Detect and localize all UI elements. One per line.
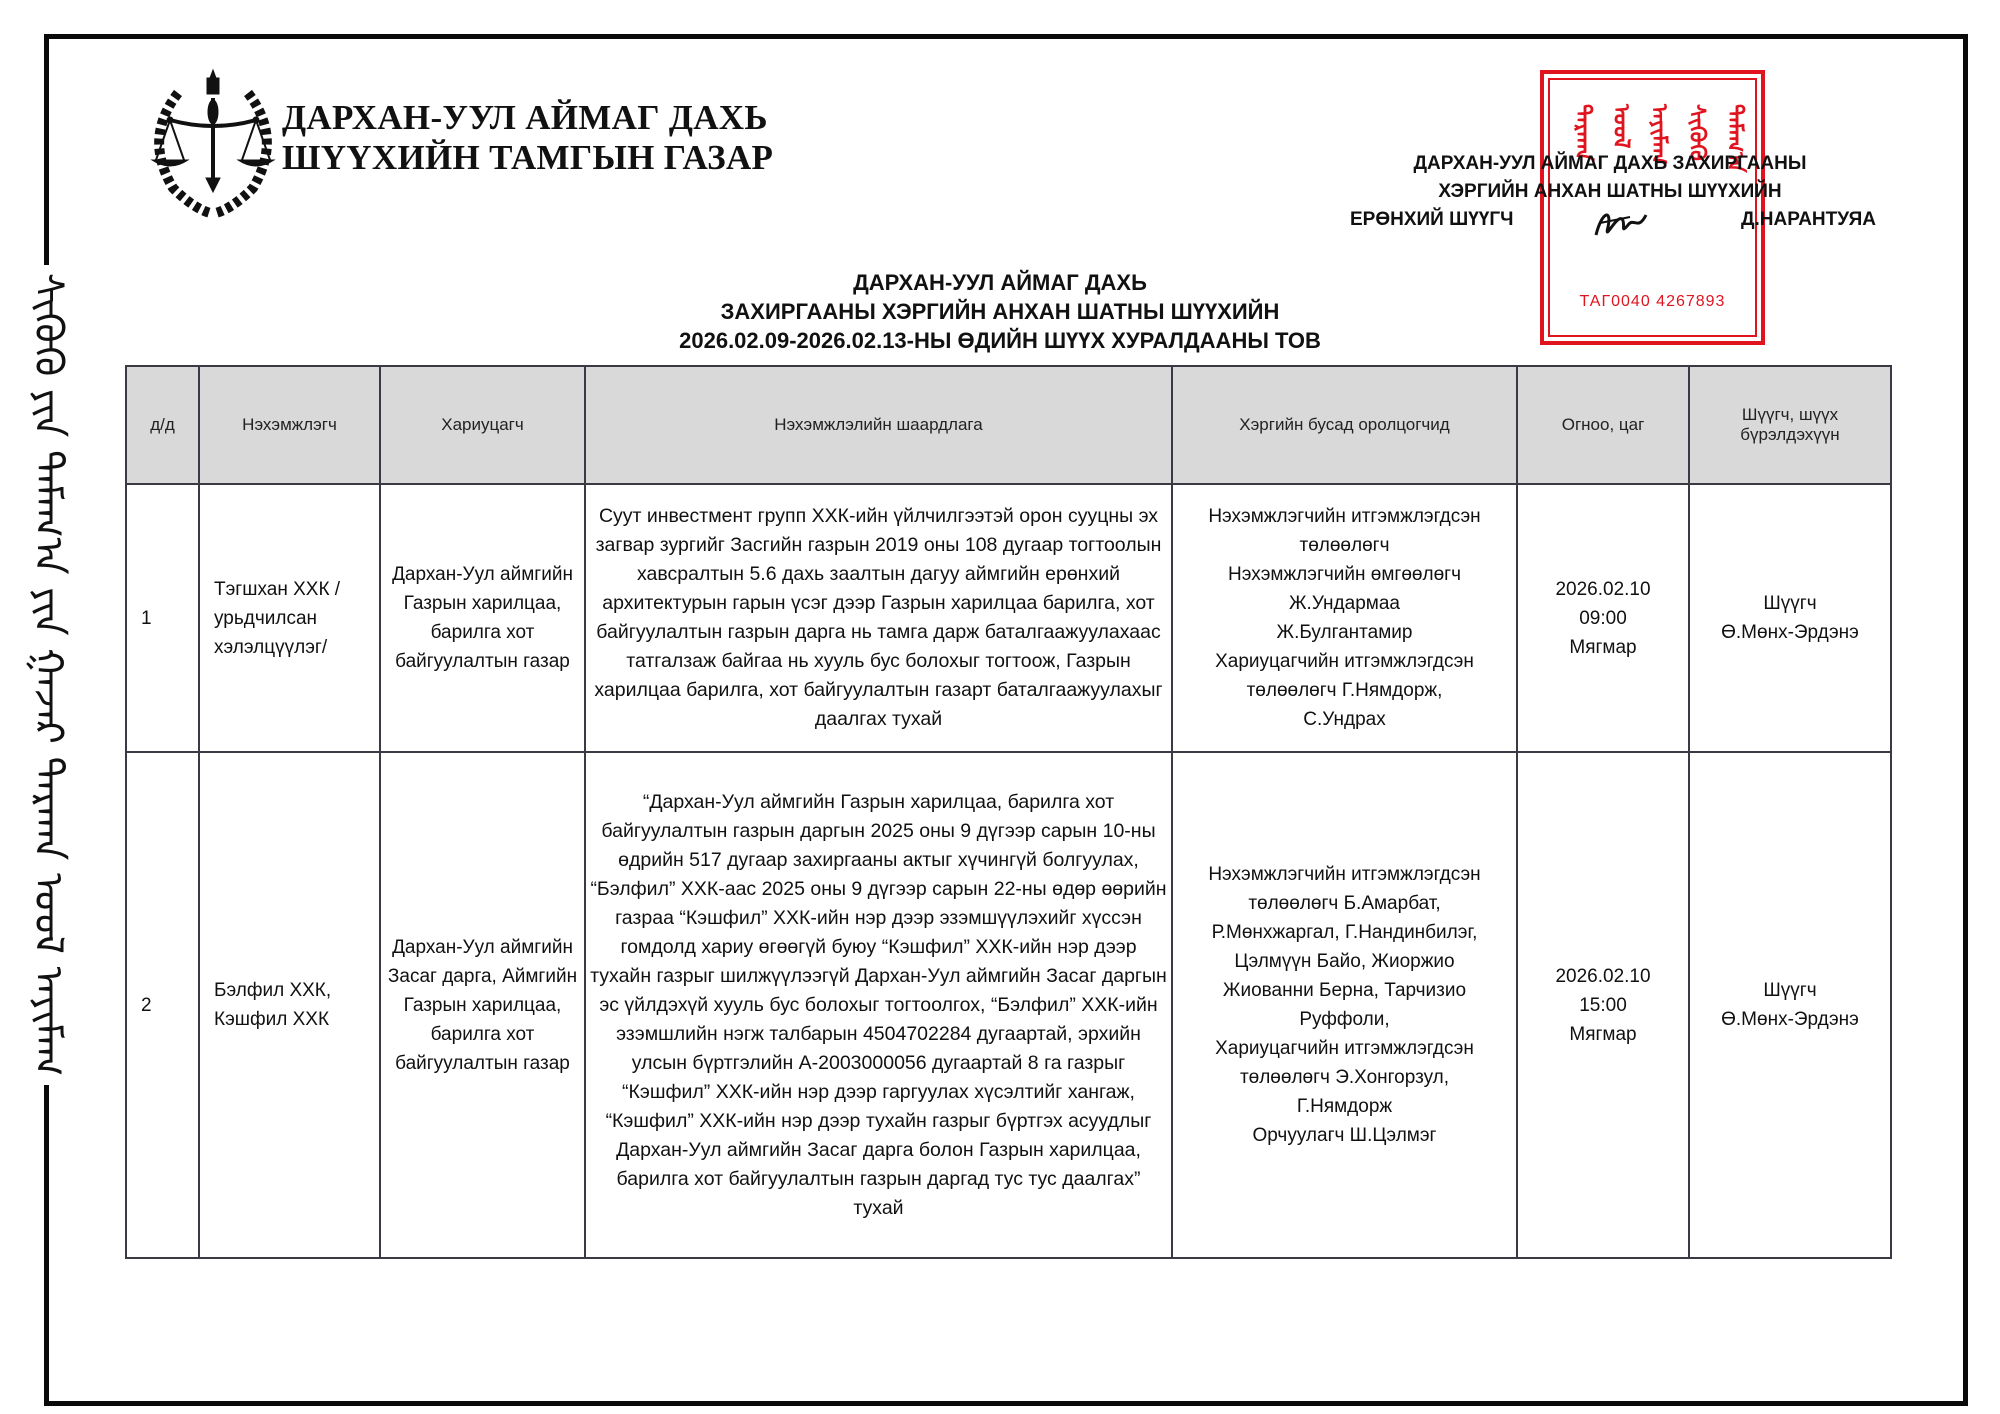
judge-name: Ө.Мөнх-Эрдэнэ <box>1696 1005 1884 1034</box>
hearing-time: 15:00 <box>1524 991 1682 1020</box>
approver-name: Д.НАРАНТУЯА <box>1741 206 1876 234</box>
defendant-cell: Дархан-Уул аймгийн Засаг дарга, Аймгийн … <box>380 752 585 1258</box>
column-header-defendant: Хариуцагч <box>380 366 585 484</box>
column-header-number: д/д <box>126 366 199 484</box>
document-title-line3: 2026.02.09-2026.02.13-НЫ ӨДИЙН ШҮҮХ ХУРА… <box>560 326 1440 355</box>
claim-cell: Суут инвестмент групп ХХК-ийн үйлчилгээт… <box>585 484 1172 752</box>
judge-cell: Шүүгч Ө.Мөнх-Эрдэнэ <box>1689 484 1891 752</box>
mongol-script-text: ᠰᠢᠭᠦᠬᠦ ᠶᠢᠨ ᠲᠠᠮᠠᠭ᠎ᠠ ᠶᠢᠨ ᠭᠠᠵᠠᠷ ᠳᠠᠷᠬᠠᠨ ᠤᠤᠯ … <box>13 265 83 1084</box>
hearing-date: 2026.02.10 <box>1524 575 1682 604</box>
participants-cell: Нэхэмжлэгчийн итгэмжлэгдсэн төлөөлөгч Нэ… <box>1172 484 1517 752</box>
row-number: 1 <box>126 484 199 752</box>
column-header-judge: Шүүгч, шүүх бүрэлдэхүүн <box>1689 366 1891 484</box>
table-row: 1 Тэгшхан ХХК /урьдчилсан хэлэлцүүлэг/ Д… <box>126 484 1891 752</box>
office-title-line1: ДАРХАН-УУЛ АЙМАГ ДАХЬ <box>282 98 773 138</box>
stamp-number: ТАГ0040 4267893 <box>1544 293 1761 311</box>
defendant-cell: Дархан-Уул аймгийн Газрын харилцаа, бари… <box>380 484 585 752</box>
datetime-cell: 2026.02.10 15:00 Мягмар <box>1517 752 1689 1258</box>
hearing-date: 2026.02.10 <box>1524 962 1682 991</box>
approver-position: ЕРӨНХИЙ ШҮҮГЧ <box>1350 206 1513 234</box>
hearing-weekday: Мягмар <box>1524 1020 1682 1049</box>
document-title: ДАРХАН-УУЛ АЙМАГ ДАХЬ ЗАХИРГААНЫ ХЭРГИЙН… <box>560 268 1440 355</box>
hearing-time: 09:00 <box>1524 604 1682 633</box>
approval-line1: ДАРХАН-УУЛ АЙМАГ ДАХЬ ЗАХИРГААНЫ <box>1350 150 1870 178</box>
issuing-office-title: ДАРХАН-УУЛ АЙМАГ ДАХЬ ШҮҮХИЙН ТАМГЫН ГАЗ… <box>282 98 773 178</box>
document-title-line2: ЗАХИРГААНЫ ХЭРГИЙН АНХАН ШАТНЫ ШҮҮХИЙН <box>560 297 1440 326</box>
column-header-claim: Нэхэмжлэлийн шаардлага <box>585 366 1172 484</box>
document-title-line1: ДАРХАН-УУЛ АЙМАГ ДАХЬ <box>560 268 1440 297</box>
table-row: 2 Бэлфил ХХК, Кэшфил ХХК Дархан-Уул аймг… <box>126 752 1891 1258</box>
hearing-weekday: Мягмар <box>1524 633 1682 662</box>
judge-name: Ө.Мөнх-Эрдэнэ <box>1696 618 1884 647</box>
office-title-line2: ШҮҮХИЙН ТАМГЫН ГАЗАР <box>282 138 773 178</box>
judge-title: Шүүгч <box>1696 976 1884 1005</box>
plaintiff-cell: Бэлфил ХХК, Кэшфил ХХК <box>199 752 380 1258</box>
hearing-schedule-table: д/д Нэхэмжлэгч Хариуцагч Нэхэмжлэлийн ша… <box>125 365 1892 1259</box>
signature-icon <box>1590 205 1650 245</box>
court-emblem-icon <box>138 68 288 218</box>
datetime-cell: 2026.02.10 09:00 Мягмар <box>1517 484 1689 752</box>
column-header-participants: Хэргийн бусад оролцогчид <box>1172 366 1517 484</box>
mongol-script-margin: ᠰᠢᠭᠦᠬᠦ ᠶᠢᠨ ᠲᠠᠮᠠᠭ᠎ᠠ ᠶᠢᠨ ᠭᠠᠵᠠᠷ ᠳᠠᠷᠬᠠᠨ ᠤᠤᠯ … <box>0 180 100 1170</box>
column-header-plaintiff: Нэхэмжлэгч <box>199 366 380 484</box>
plaintiff-cell: Тэгшхан ХХК /урьдчилсан хэлэлцүүлэг/ <box>199 484 380 752</box>
judge-title: Шүүгч <box>1696 589 1884 618</box>
judge-cell: Шүүгч Ө.Мөнх-Эрдэнэ <box>1689 752 1891 1258</box>
table-header-row: д/д Нэхэмжлэгч Хариуцагч Нэхэмжлэлийн ша… <box>126 366 1891 484</box>
column-header-datetime: Огноо, цаг <box>1517 366 1689 484</box>
participants-cell: Нэхэмжлэгчийн итгэмжлэгдсэн төлөөлөгч Б.… <box>1172 752 1517 1258</box>
row-number: 2 <box>126 752 199 1258</box>
claim-cell: “Дархан-Уул аймгийн Газрын харилцаа, бар… <box>585 752 1172 1258</box>
approval-line2: ХЭРГИЙН АНХАН ШАТНЫ ШҮҮХИЙН <box>1350 178 1870 206</box>
